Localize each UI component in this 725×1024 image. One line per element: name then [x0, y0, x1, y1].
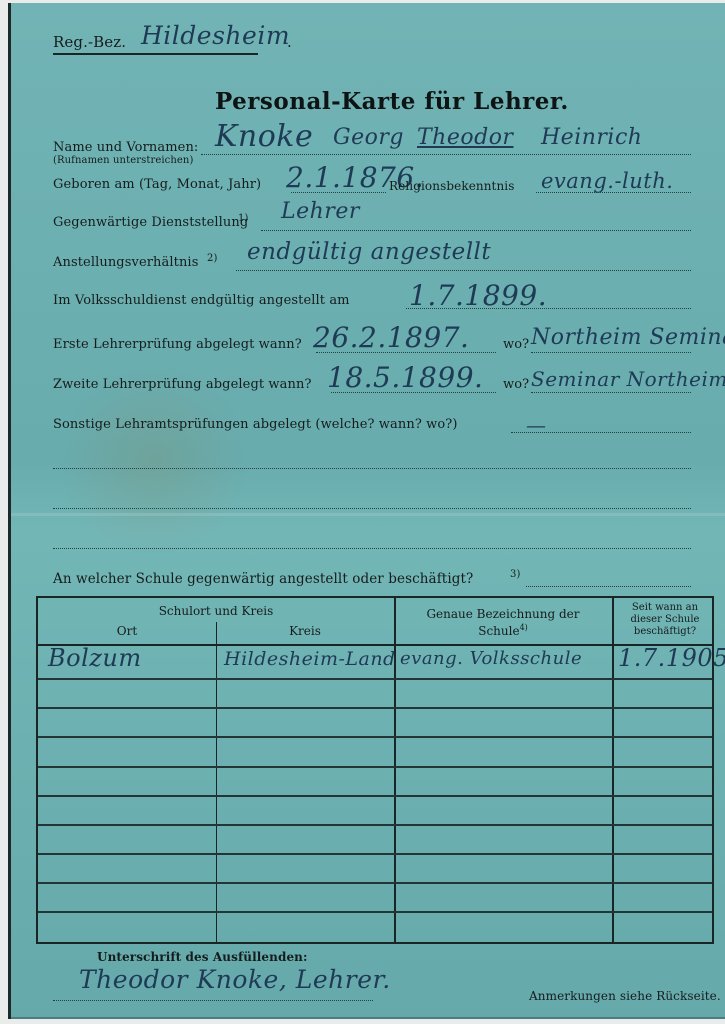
second-exam-where-label: wo?	[503, 377, 529, 392]
row-rule	[38, 707, 712, 709]
first-exam-where-value: Northeim Seminar	[531, 325, 725, 350]
personnel-card: Reg.-Bez. Hildesheim . Personal-Karte fü…	[8, 3, 725, 1019]
col-group-header-schulort-kreis: Schulort und Kreis	[38, 604, 394, 618]
col-header-kreis: Kreis	[216, 624, 394, 638]
employment-dotted-line	[236, 270, 691, 271]
other-exams-value: —	[526, 413, 547, 437]
row-1-kreis: Hildesheim-Land	[224, 648, 396, 670]
name-rufname-value: Theodor	[417, 125, 513, 150]
card-title: Personal-Karte für Lehrer.	[215, 88, 569, 115]
name-surname-value: Knoke	[215, 119, 313, 154]
reg-bez-period: .	[287, 33, 292, 51]
reg-bez-label: Reg.-Bez.	[53, 33, 126, 51]
position-label: Gegenwärtige Dienststellung	[53, 215, 248, 230]
reg-bez-underline	[53, 53, 258, 55]
born-label: Geboren am (Tag, Monat, Jahr)	[53, 177, 261, 192]
first-exam-when-value: 26.2.1897.	[313, 321, 469, 354]
row-rule	[38, 824, 712, 826]
name-given-1-value: Georg	[333, 125, 404, 150]
name-dotted-line	[201, 154, 691, 155]
row-rule	[38, 736, 712, 738]
col-header-ort: Ort	[38, 624, 216, 638]
row-rule	[38, 853, 712, 855]
row-rule	[38, 911, 712, 913]
first-exam-where-label: wo?	[503, 337, 529, 352]
row-1-seit: 1.7.1905.	[618, 644, 725, 672]
signature-label: Unterschrift des Ausfüllenden:	[97, 950, 308, 964]
col-header-schule-footnote: 4)	[520, 623, 528, 632]
first-exam-label: Erste Lehrerprüfung abgelegt wann?	[53, 337, 302, 352]
religion-value: evang.-luth.	[541, 169, 673, 193]
col-divider-schule-seit	[612, 598, 614, 942]
name-given-3-value: Heinrich	[541, 125, 642, 150]
other-exams-blank-line-2	[53, 508, 691, 509]
second-exam-when-value: 18.5.1899.	[327, 361, 483, 394]
second-exam-where-value: Seminar Northeim	[531, 367, 725, 391]
col-divider-ort-kreis	[216, 622, 217, 944]
current-school-label: An welcher Schule gegenwärtig angestellt…	[53, 571, 473, 587]
row-1-schule: evang. Volksschule	[400, 648, 582, 669]
row-rule	[38, 678, 712, 680]
other-exams-label: Sonstige Lehramtsprüfungen abgelegt (wel…	[53, 417, 458, 432]
name-label: Name und Vornamen:	[53, 140, 198, 155]
second-exam-label: Zweite Lehrerprüfung abgelegt wann?	[53, 377, 312, 392]
reg-bez-value: Hildesheim	[141, 21, 290, 50]
row-rule	[38, 882, 712, 884]
notes-hint: Anmerkungen siehe Rückseite.	[529, 989, 721, 1003]
position-dotted-line	[261, 230, 691, 231]
signature-value: Theodor Knoke, Lehrer.	[79, 965, 391, 994]
school-table: Schulort und Kreis Ort Kreis Genaue Beze…	[36, 596, 714, 944]
employment-footnote: 2)	[207, 253, 217, 264]
permanent-since-value: 1.7.1899.	[409, 279, 547, 312]
col-header-seit: Seit wann an dieser Schule beschäftigt?	[622, 602, 708, 638]
col-header-schule: Genaue Bezeichnung der Schule4)	[410, 607, 596, 638]
employment-value: endgültig angestellt	[247, 239, 491, 265]
current-school-footnote: 3)	[510, 569, 520, 580]
signature-dotted-line	[53, 1000, 373, 1001]
permanent-since-label: Im Volksschuldienst endgültig angestellt…	[53, 293, 350, 308]
paper-fold	[11, 513, 725, 516]
position-footnote: 1)	[238, 213, 248, 224]
row-rule	[38, 795, 712, 797]
employment-label: Anstellungsverhältnis	[53, 255, 198, 270]
row-1-ort: Bolzum	[48, 644, 142, 672]
second-exam-where-dotted-line	[531, 392, 691, 393]
col-header-schule-label: Genaue Bezeichnung der Schule	[426, 607, 579, 638]
other-exams-blank-line-3	[53, 548, 691, 549]
religion-label: Religionsbekenntnis	[389, 179, 515, 193]
first-exam-where-dotted-line	[531, 352, 691, 353]
position-value: Lehrer	[281, 199, 360, 224]
name-sublabel: (Rufnamen unterstreichen)	[53, 155, 193, 166]
other-exams-blank-line-1	[53, 468, 691, 469]
row-rule	[38, 766, 712, 768]
current-school-dotted-line	[526, 586, 691, 587]
